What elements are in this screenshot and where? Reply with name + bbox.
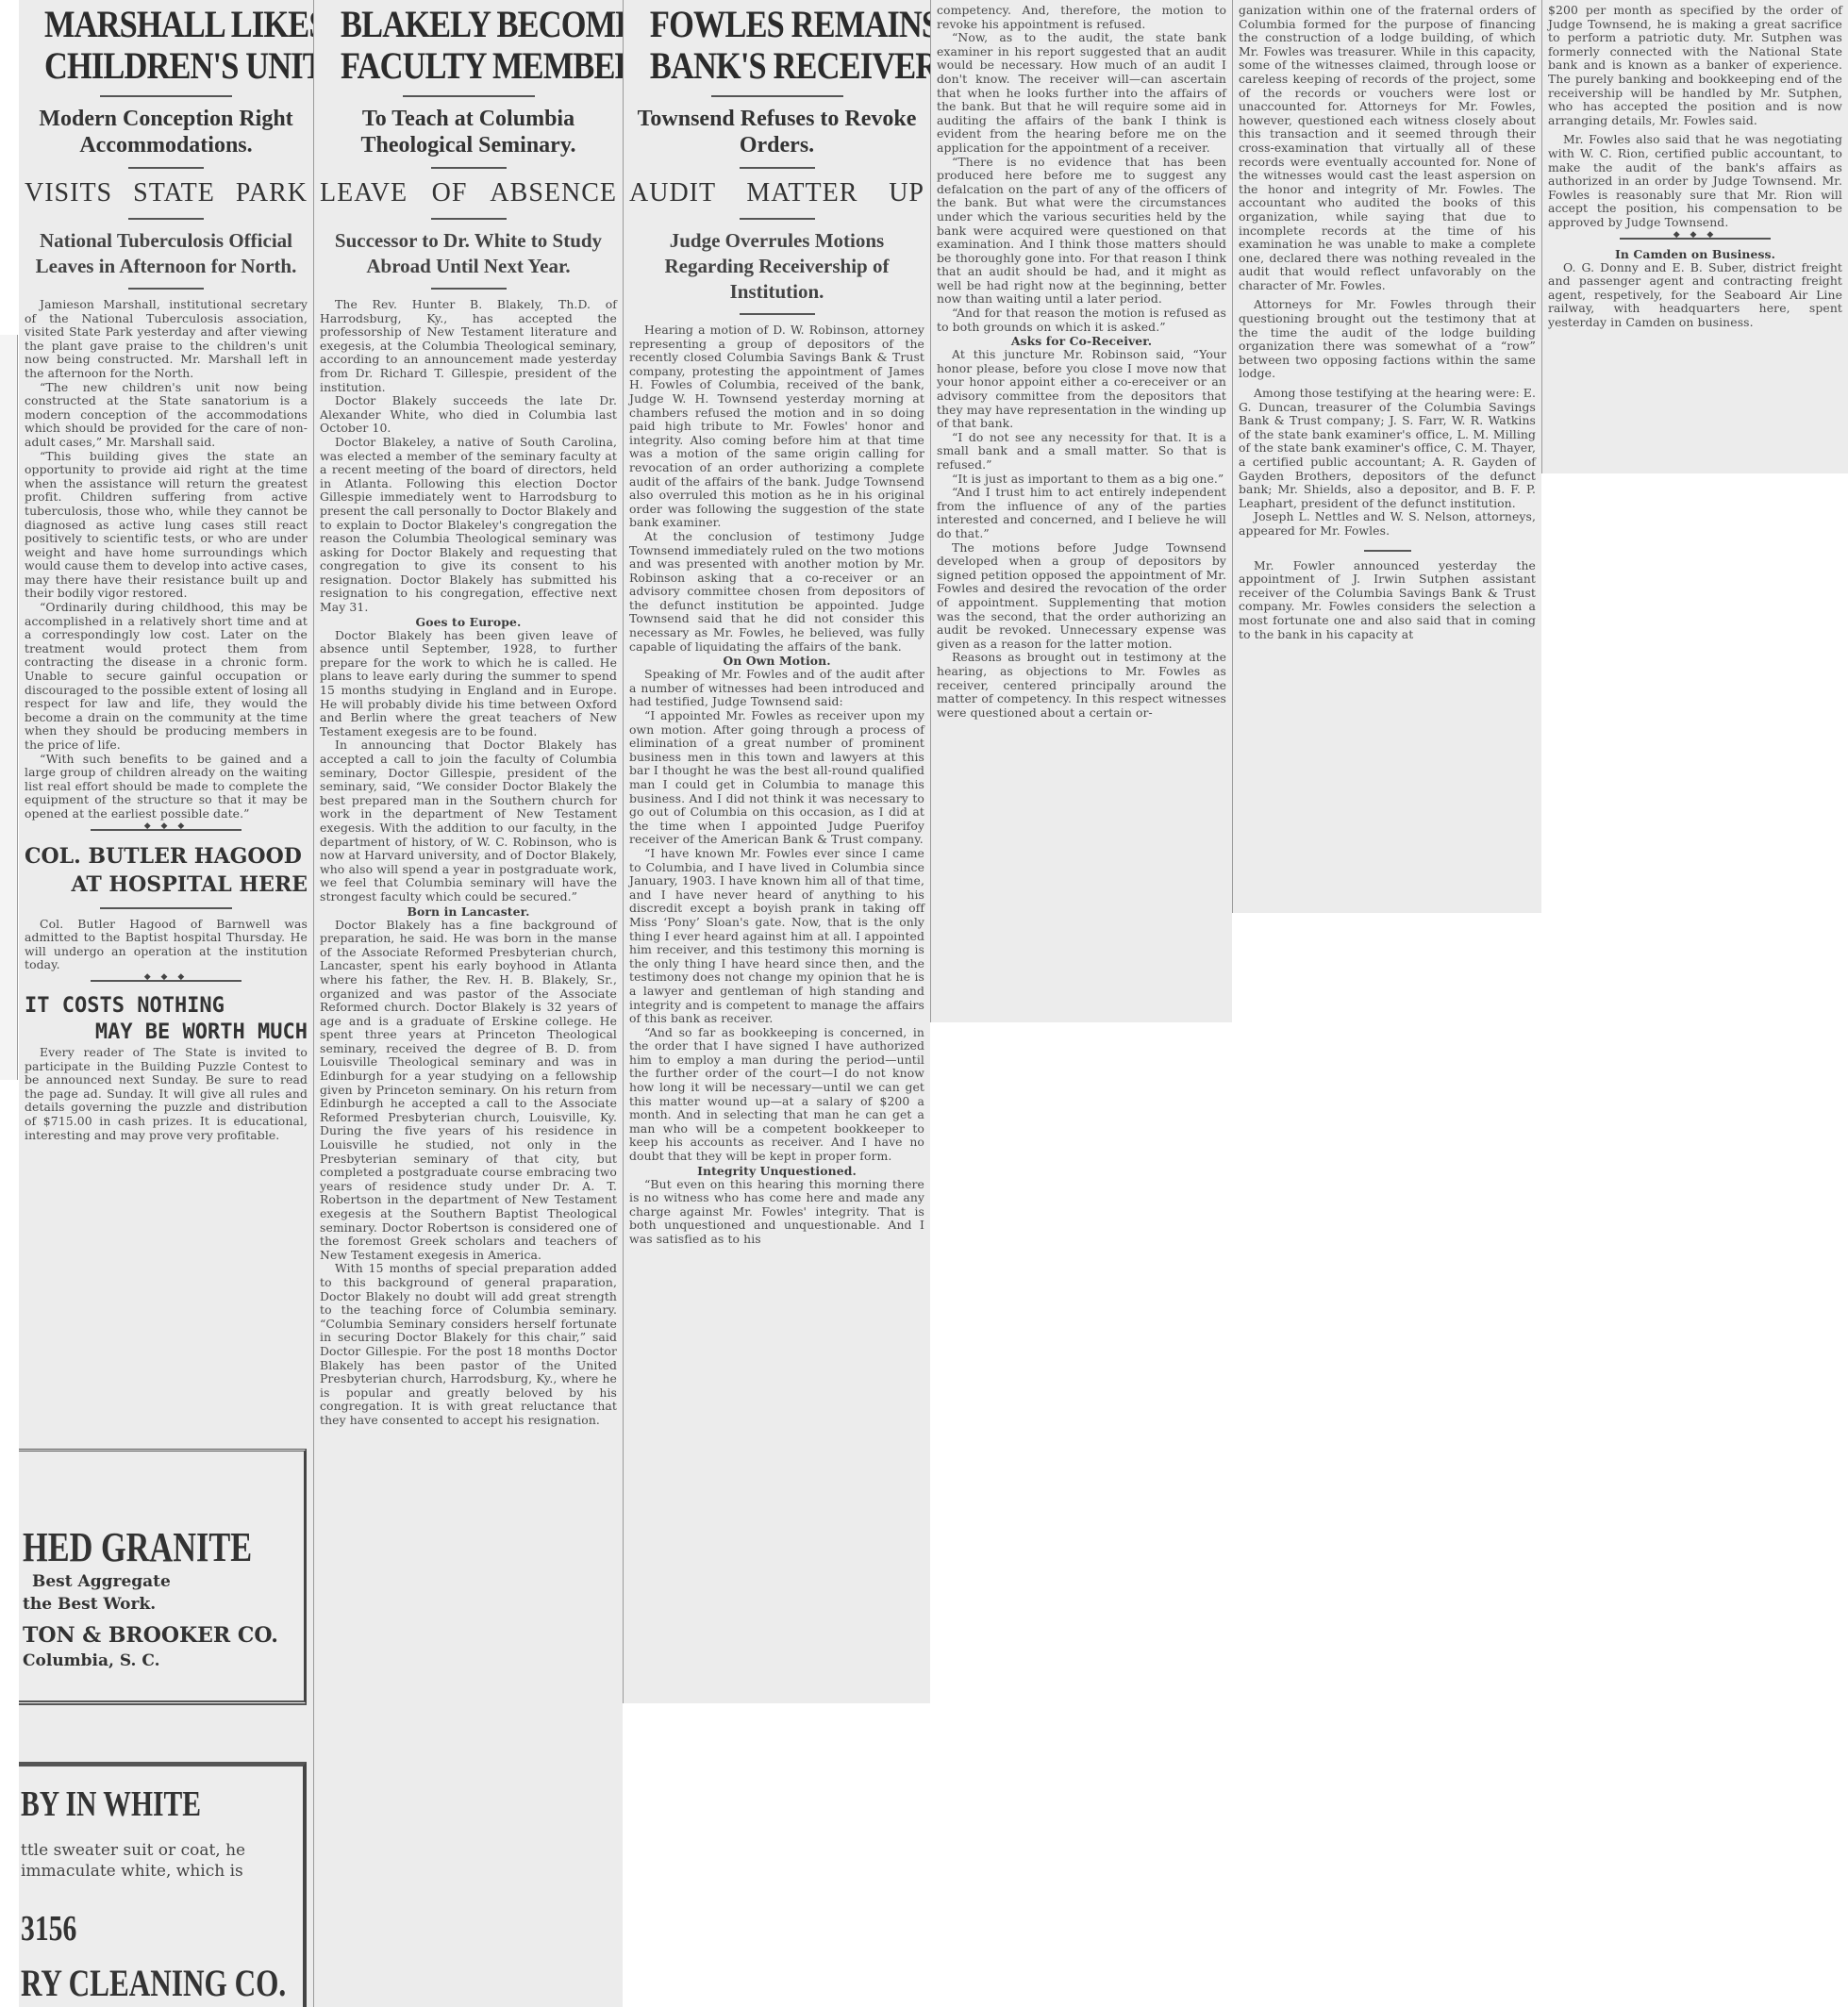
subhead: In Camden on Business. <box>1548 247 1842 261</box>
column-3: FOWLES REMAINS BANK'S RECEIVER Townsend … <box>623 0 930 1703</box>
paragraph: $200 per month as specified by the order… <box>1548 4 1842 127</box>
divider-rule <box>128 218 204 220</box>
article-body: Jamieson Marshall, institutional secreta… <box>25 298 308 821</box>
subhead: Asks for Co-Receiver. <box>937 334 1226 348</box>
ornamental-divider <box>1620 238 1771 240</box>
paragraph: With 15 months of special preparation ad… <box>320 1262 617 1427</box>
subhead: Born in Lancaster. <box>320 904 617 919</box>
ad-line: ttle sweater suit or coat, he <box>21 1840 303 1861</box>
paragraph: Jamieson Marshall, institutional secreta… <box>25 298 308 381</box>
paragraph: “There is no evidence that has been prod… <box>937 156 1226 307</box>
headline-line-1: FOWLES REMAINS <box>650 4 904 45</box>
ad-title: BY IN WHITE <box>21 1782 241 1827</box>
paragraph: “With such benefits to be gained and a l… <box>25 753 308 821</box>
deck-summary: Judge Overrules Motions Regarding Receiv… <box>629 228 924 305</box>
paragraph: “The new children's unit now being const… <box>25 381 308 450</box>
article-fowles-continued-3: $200 per month as specified by the order… <box>1542 0 1848 329</box>
divider-rule <box>740 218 815 220</box>
paragraph: Doctor Blakely has been given leave of a… <box>320 629 617 739</box>
ad-location: Columbia, S. C. <box>23 1650 304 1672</box>
subhead: Goes to Europe. <box>320 615 617 629</box>
divider-rule <box>128 167 204 169</box>
paragraph: O. G. Donny and E. B. Suber, district fr… <box>1548 261 1842 330</box>
paragraph: ganization within one of the fraternal o… <box>1239 4 1536 292</box>
article-body: Every reader of The State is invited to … <box>25 1046 308 1142</box>
divider-rule <box>431 167 507 169</box>
paragraph: “It is just as important to them as a bi… <box>937 473 1226 487</box>
paragraph: “I do not see any necessity for that. It… <box>937 431 1226 473</box>
ad-line: Best Aggregate <box>23 1570 304 1593</box>
divider-rule <box>100 95 232 97</box>
article-body: competency. And, therefore, the motion t… <box>937 4 1226 720</box>
ad-company: TON & BROOKER CO. <box>23 1621 304 1650</box>
column-2: BLAKELY BECOMES FACULTY MEMBER To Teach … <box>313 0 623 2007</box>
ad-company: RY CLEANING CO. <box>21 1961 241 2006</box>
advertisement-cleaning: BY IN WHITE ttle sweater suit or coat, h… <box>19 1762 307 2007</box>
paragraph: Col. Butler Hagood of Barnwell was admit… <box>25 918 308 972</box>
ad-line: immaculate white, which is <box>21 1861 303 1882</box>
paragraph: Attorneys for Mr. Fowles through their q… <box>1239 298 1536 381</box>
deck-caps: AUDIT MATTER UP <box>629 177 924 209</box>
paragraph: Mr. Fowles also said that he was negotia… <box>1548 133 1842 229</box>
paragraph: Hearing a motion of D. W. Robinson, atto… <box>629 323 924 530</box>
headline-line-1: BLAKELY BECOMES <box>341 4 596 45</box>
article-body: ganization within one of the fraternal o… <box>1239 4 1536 641</box>
paragraph: “I have known Mr. Fowles ever since I ca… <box>629 847 924 1026</box>
deck-summary: Successor to Dr. White to Study Abroad U… <box>320 228 617 279</box>
paragraph: In announcing that Doctor Blakely has ac… <box>320 738 617 904</box>
paragraph: “Now, as to the audit, the state bank ex… <box>937 31 1226 155</box>
paragraph: Doctor Blakely has a fine background of … <box>320 919 617 1263</box>
ornamental-divider <box>91 980 241 982</box>
article-fowles-continued-2: ganization within one of the fraternal o… <box>1233 0 1541 641</box>
paragraph: At the conclusion of testimony Judge Tow… <box>629 530 924 654</box>
paragraph: At this juncture Mr. Robinson said, “You… <box>937 348 1226 431</box>
paragraph: Joseph L. Nettles and W. S. Nelson, atto… <box>1239 510 1536 538</box>
article-puzzle-contest: IT COSTS NOTHING MAY BE WORTH MUCH Every… <box>19 989 313 1142</box>
column-6: $200 per month as specified by the order… <box>1541 0 1848 473</box>
paragraph: “Ordinarily during childhood, this may b… <box>25 601 308 753</box>
article-body: Hearing a motion of D. W. Robinson, atto… <box>629 323 924 1247</box>
paragraph: “And so far as bookkeeping is concerned,… <box>629 1026 924 1164</box>
divider-rule <box>403 95 535 97</box>
paragraph: “This building gives the state an opport… <box>25 450 308 602</box>
deck-subheadline: Modern Conception Right Accommodations. <box>25 106 308 158</box>
deck-subheadline: To Teach at Columbia Theological Seminar… <box>320 106 617 158</box>
paragraph: Mr. Fowler announced yesterday the appoi… <box>1239 559 1536 642</box>
headline-line-1: IT COSTS NOTHING <box>25 993 308 1020</box>
paragraph: Reasons as brought out in testimony at t… <box>937 651 1226 720</box>
divider-rule <box>100 907 232 909</box>
paragraph: “I appointed Mr. Fowles as receiver upon… <box>629 709 924 847</box>
paragraph: Among those testifying at the hearing we… <box>1239 387 1536 510</box>
paragraph: “But even on this hearing this morning t… <box>629 1178 924 1247</box>
paragraph: Every reader of The State is invited to … <box>25 1046 308 1142</box>
headline-line-2: BANK'S RECEIVER <box>650 45 904 87</box>
article-blakely: BLAKELY BECOMES FACULTY MEMBER To Teach … <box>314 0 623 1428</box>
column-5: ganization within one of the fraternal o… <box>1232 0 1541 913</box>
headline-line-2: AT HOSPITAL HERE <box>25 871 308 899</box>
paragraph: The motions before Judge Townsend develo… <box>937 541 1226 652</box>
paragraph: Doctor Blakeley, a native of South Carol… <box>320 436 617 615</box>
divider-rule <box>740 167 815 169</box>
headline-line-1: COL. BUTLER HAGOOD <box>25 842 308 871</box>
article-body: Col. Butler Hagood of Barnwell was admit… <box>25 918 308 972</box>
paragraph: “And I trust him to act entirely indepen… <box>937 486 1226 540</box>
divider-rule <box>711 95 843 97</box>
ad-phone: 3156 <box>21 1906 241 1951</box>
ornamental-divider <box>91 829 241 831</box>
page-edge-margin <box>0 335 18 1080</box>
ad-line: the Best Work. <box>23 1593 304 1616</box>
paragraph: Doctor Blakely succeeds the late Dr. Ale… <box>320 394 617 436</box>
headline-line-2: CHILDREN'S UNIT <box>44 45 288 87</box>
paragraph: Speaking of Mr. Fowles and of the audit … <box>629 668 924 709</box>
article-hagood: COL. BUTLER HAGOOD AT HOSPITAL HERE Col.… <box>19 838 313 982</box>
article-fowles: FOWLES REMAINS BANK'S RECEIVER Townsend … <box>624 0 930 1247</box>
divider-rule <box>740 313 815 315</box>
headline-line-2: FACULTY MEMBER <box>341 45 596 87</box>
subhead: Integrity Unquestioned. <box>629 1164 924 1178</box>
deck-caps: LEAVE OF ABSENCE <box>320 177 617 209</box>
column-1: MARSHALL LIKES CHILDREN'S UNIT Modern Co… <box>19 0 313 2007</box>
paragraph: competency. And, therefore, the motion t… <box>937 4 1226 31</box>
divider-rule <box>431 218 507 220</box>
paragraph: “And for that reason the motion is refus… <box>937 307 1226 334</box>
headline-line-1: MARSHALL LIKES <box>44 4 288 45</box>
article-marshall: MARSHALL LIKES CHILDREN'S UNIT Modern Co… <box>19 0 313 831</box>
deck-summary: National Tuberculosis Official Leaves in… <box>25 228 308 279</box>
advertisement-granite: HED GRANITE Best Aggregate the Best Work… <box>19 1449 307 1705</box>
paragraph: The Rev. Hunter B. Blakely, Th.D. of Har… <box>320 298 617 394</box>
ad-title: HED GRANITE <box>23 1525 241 1570</box>
divider-rule <box>1364 550 1411 552</box>
divider-rule <box>431 288 507 290</box>
brief-camden: In Camden on Business. O. G. Donny and E… <box>1548 247 1842 330</box>
article-body: The Rev. Hunter B. Blakely, Th.D. of Har… <box>320 298 617 1428</box>
deck-subheadline: Townsend Refuses to Revoke Orders. <box>629 106 924 158</box>
deck-caps: VISITS STATE PARK <box>25 177 308 209</box>
subhead: On Own Motion. <box>629 654 924 668</box>
article-fowles-continued: competency. And, therefore, the motion t… <box>931 0 1232 720</box>
headline-line-2: MAY BE WORTH MUCH <box>25 1020 308 1046</box>
article-body: $200 per month as specified by the order… <box>1548 4 1842 230</box>
divider-rule <box>128 288 204 290</box>
column-4: competency. And, therefore, the motion t… <box>930 0 1232 1022</box>
